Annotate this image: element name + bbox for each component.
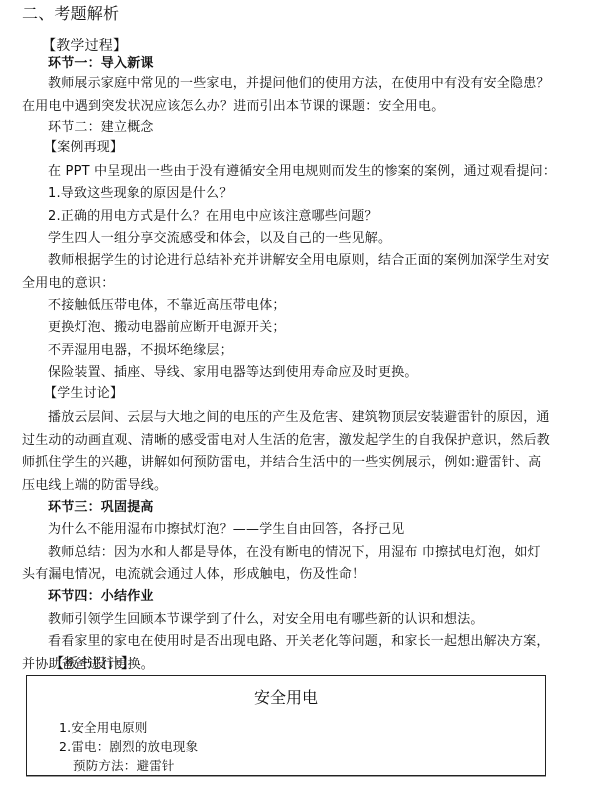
section-title: 二、考题解析 bbox=[22, 3, 119, 25]
board-item: 预防方法：避雷针 bbox=[73, 757, 175, 775]
rule-item: 不接触低压带电体，不靠近高压带电体； bbox=[48, 297, 286, 315]
step3-question: 为什么不能用湿布巾擦拭灯泡？——学生自由回答，各抒己见 bbox=[48, 521, 404, 539]
discussion-line: 播放云层间、云层与大地之间的电压的产生及危害、建筑物顶层安装避雷针的原因，通 bbox=[48, 409, 550, 427]
teaching-process-heading: 【教学过程】 bbox=[42, 37, 127, 55]
discussion-heading: 【学生讨论】 bbox=[44, 385, 123, 403]
board-item: 2.雷电：剧烈的放电现象 bbox=[59, 738, 198, 756]
summary-line2: 全用电的意识： bbox=[22, 275, 114, 293]
step2-title: 环节二：建立概念 bbox=[48, 119, 154, 137]
discussion-line: 过生动的动画直观、清晰的感受雷电对人生活的危害，激发起学生的自我保护意识，然后教 bbox=[22, 432, 550, 450]
case-intro: 在 PPT 中呈现出一些由于没有遵循安全用电规则而发生的惨案的案例，通过观看提问… bbox=[48, 163, 556, 181]
step3-summary-line2: 头有漏电情况，电流就会通过人体，形成触电，伤及性命！ bbox=[22, 566, 365, 584]
step4-homework-line1: 看看家里的家电在使用时是否出现电路、开关老化等问题，和家长一起想出解决方案， bbox=[48, 633, 550, 651]
rule-item: 不弄湿用电器，不损坏绝缘层； bbox=[48, 342, 233, 360]
discussion-line: 压电线上端的防雷导线。 bbox=[22, 477, 167, 495]
step1-paragraph-line2: 在用电中遇到突发状况应该怎么办？进而引出本节课的课题：安全用电。 bbox=[22, 98, 444, 116]
question-2: 2.正确的用电方式是什么？在用电中应该注意哪些问题？ bbox=[48, 208, 378, 226]
board-design-label: 【板书设计】 bbox=[50, 655, 135, 673]
case-heading: 【案例再现】 bbox=[44, 139, 123, 157]
board-item: 1.安全用电原则 bbox=[59, 719, 148, 737]
discussion-line: 师抓住学生的兴趣，讲解如何预防雷电，并结合生活中的一些实例展示，例如:避雷针、高 bbox=[22, 454, 541, 472]
board-design-box: 安全用电 1.安全用电原则 2.雷电：剧烈的放电现象 预防方法：避雷针 bbox=[26, 675, 546, 776]
rule-item: 更换灯泡、搬动电器前应断开电源开关； bbox=[48, 319, 286, 337]
step3-title: 环节三：巩固提高 bbox=[48, 499, 154, 517]
step1-paragraph-line1: 教师展示家庭中常见的一些家电，并提问他们的使用方法，在使用中有没有安全隐患？ bbox=[48, 75, 550, 93]
question-1: 1.导致这些现象的原因是什么？ bbox=[48, 185, 232, 203]
step3-summary-line1: 教师总结：因为水和人都是导体，在没有断电的情况下，用湿布 巾擦拭电灯泡，如灯 bbox=[48, 544, 541, 562]
step4-title: 环节四：小结作业 bbox=[48, 588, 154, 606]
board-title: 安全用电 bbox=[27, 685, 545, 708]
step4-review: 教师引领学生回顾本节课学到了什么，对安全用电有哪些新的认识和想法。 bbox=[48, 611, 484, 629]
step1-title: 环节一：导入新课 bbox=[48, 55, 154, 73]
summary-line1: 教师根据学生的讨论进行总结补充并讲解安全用电原则，结合正面的案例加深学生对安 bbox=[48, 252, 550, 270]
rule-item: 保险装置、插座、导线、家用电器等达到使用寿命应及时更换。 bbox=[48, 364, 418, 382]
group-share: 学生四人一组分享交流感受和体会，以及自己的一些见解。 bbox=[48, 230, 391, 248]
